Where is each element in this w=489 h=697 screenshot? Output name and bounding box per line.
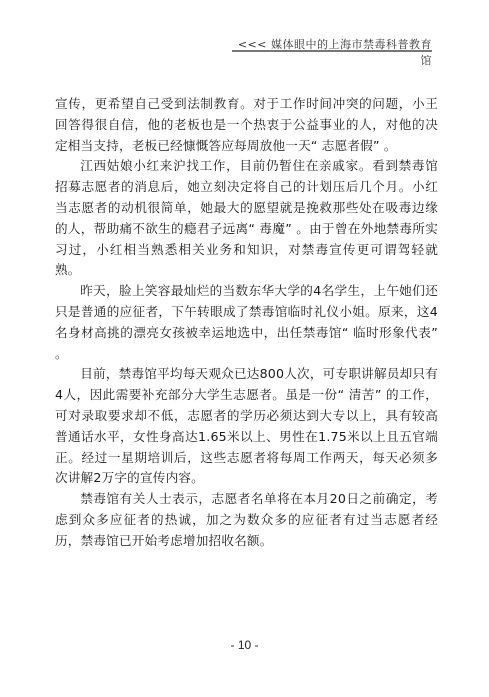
paragraph-2: 江西姑娘小红来沪找工作，目前仍暂住在亲戚家。看到禁毒馆招募志愿者的消息后，她立刻… xyxy=(55,156,438,281)
header-rule xyxy=(232,50,432,52)
paragraph-4: 目前，禁毒馆平均每天观众已达800人次，可专职讲解员却只有4人，因此需要补充部分… xyxy=(55,364,438,489)
paragraph-5: 禁毒馆有关人士表示，志愿者名单将在本月20日之前确定，考虑到众多应征者的热诚，加… xyxy=(55,489,438,551)
page-number: - 10 - xyxy=(0,638,489,652)
running-header: <<< 媒体眼中的上海市禁毒科普教育馆 xyxy=(232,36,432,68)
paragraph-3: 昨天，脸上笑容最灿烂的当数东华大学的4名学生，上午她们还只是普通的应征者，下午转… xyxy=(55,281,438,364)
paragraph-1: 宣传，更希望自己受到法制教育。对于工作时间冲突的问题，小王回答得很自信，他的老板… xyxy=(55,94,438,156)
article-body: 宣传，更希望自己受到法制教育。对于工作时间冲突的问题，小王回答得很自信，他的老板… xyxy=(55,94,438,552)
